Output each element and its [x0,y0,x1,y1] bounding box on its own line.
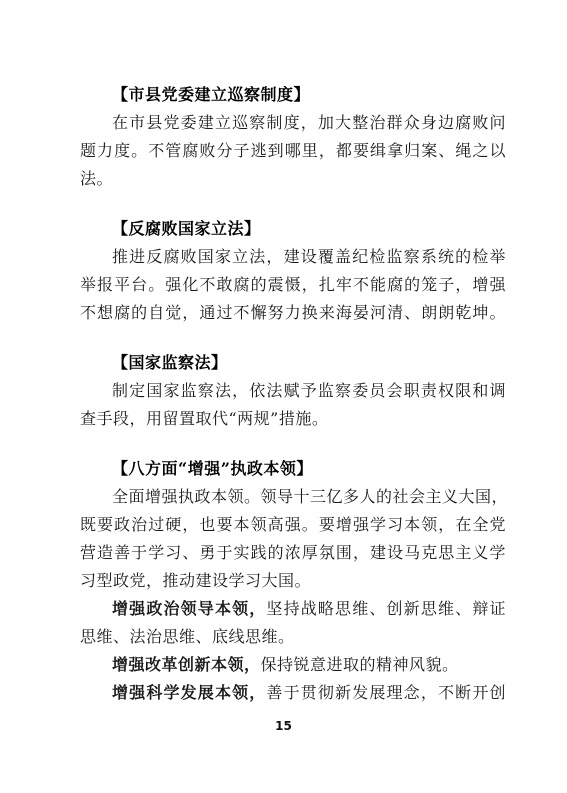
line-text: 思维、法治思维、底线思维。 [80,627,295,646]
section-heading: 【反腐败国家立法】 [80,215,506,243]
page-number: 15 [0,719,567,733]
section: 【市县党委建立巡察制度】在市县党委建立巡察制度，加大整治群众身边腐败问题力度。不… [80,81,506,193]
text-line: 在市县党委建立巡察制度，加大整治群众身边腐败问 [80,109,506,137]
text-line: 不想腐的自觉，通过不懈努力换来海晏河清、朗朗乾坤。 [80,299,506,327]
paragraph: 制定国家监察法，依法赋予监察委员会职责权限和调查手段，用留置取代“两规”措施。 [80,377,506,433]
line-text: 善于贯彻新发展理念，不断开创 [266,683,506,702]
bold-lead-text: 增强科学发展本领， [112,683,266,702]
section-heading: 【八方面“增强”执政本领】 [80,455,506,483]
text-line: 举报平台。强化不敢腐的震慑，扎牢不能腐的笼子，增强 [80,271,506,299]
paragraph: 全面增强执政本领。领导十三亿多人的社会主义大国，既要政治过硬，也要本领高强。要增… [80,483,506,595]
document-sections: 【市县党委建立巡察制度】在市县党委建立巡察制度，加大整治群众身边腐败问题力度。不… [80,81,506,707]
section-heading: 【市县党委建立巡察制度】 [80,81,506,109]
text-line: 查手段，用留置取代“两规”措施。 [80,405,506,433]
line-text: 习型政党，推动建设学习大国。 [80,571,311,590]
text-line: 推进反腐败国家立法，建设覆盖纪检监察系统的检举 [80,243,506,271]
paragraph: 增强改革创新本领，保持锐意进取的精神风貌。 [80,651,506,679]
text-line: 习型政党，推动建设学习大国。 [80,567,506,595]
text-line: 全面增强执政本领。领导十三亿多人的社会主义大国， [80,483,506,511]
line-text: 全面增强执政本领。领导十三亿多人的社会主义大国， [112,487,508,506]
line-text: 法。 [80,169,113,188]
text-line: 营造善于学习、勇于实践的浓厚氛围，建设马克思主义学 [80,539,506,567]
section: 【国家监察法】制定国家监察法，依法赋予监察委员会职责权限和调查手段，用留置取代“… [80,349,506,433]
line-text: 推进反腐败国家立法，建设覆盖纪检监察系统的检举 [112,247,506,266]
text-line: 增强政治领导本领，坚持战略思维、创新思维、辩证 [80,595,506,623]
paragraph: 推进反腐败国家立法，建设覆盖纪检监察系统的检举举报平台。强化不敢腐的震慑，扎牢不… [80,243,506,327]
line-text: 营造善于学习、勇于实践的浓厚氛围，建设马克思主义学 [80,543,506,562]
line-text: 查手段，用留置取代“两规”措施。 [80,409,328,428]
text-line: 题力度。不管腐败分子逃到哪里，都要缉拿归案、绳之以 [80,137,506,165]
line-text: 坚持战略思维、创新思维、辩证 [266,599,506,618]
line-text: 题力度。不管腐败分子逃到哪里，都要缉拿归案、绳之以 [80,141,506,160]
text-line: 增强科学发展本领，善于贯彻新发展理念，不断开创 [80,679,506,707]
bold-lead-text: 增强改革创新本领， [112,655,261,674]
text-line: 法。 [80,165,506,193]
bold-lead-text: 增强政治领导本领， [112,599,266,618]
line-text: 制定国家监察法，依法赋予监察委员会职责权限和调 [112,381,506,400]
text-line: 制定国家监察法，依法赋予监察委员会职责权限和调 [80,377,506,405]
text-line: 既要政治过硬，也要本领高强。要增强学习本领，在全党 [80,511,506,539]
text-line: 思维、法治思维、底线思维。 [80,623,506,651]
document-page: 【市县党委建立巡察制度】在市县党委建立巡察制度，加大整治群众身边腐败问题力度。不… [0,0,567,793]
section-heading: 【国家监察法】 [80,349,506,377]
paragraph: 在市县党委建立巡察制度，加大整治群众身边腐败问题力度。不管腐败分子逃到哪里，都要… [80,109,506,193]
line-text: 保持锐意进取的精神风貌。 [261,655,459,674]
line-text: 不想腐的自觉，通过不懈努力换来海晏河清、朗朗乾坤。 [80,303,506,322]
line-text: 在市县党委建立巡察制度，加大整治群众身边腐败问 [112,113,506,132]
paragraph: 增强政治领导本领，坚持战略思维、创新思维、辩证思维、法治思维、底线思维。 [80,595,506,651]
section: 【反腐败国家立法】推进反腐败国家立法，建设覆盖纪检监察系统的检举举报平台。强化不… [80,215,506,327]
line-text: 举报平台。强化不敢腐的震慑，扎牢不能腐的笼子，增强 [80,275,506,294]
paragraph: 增强科学发展本领，善于贯彻新发展理念，不断开创 [80,679,506,707]
section: 【八方面“增强”执政本领】全面增强执政本领。领导十三亿多人的社会主义大国，既要政… [80,455,506,707]
text-line: 增强改革创新本领，保持锐意进取的精神风貌。 [80,651,506,679]
line-text: 既要政治过硬，也要本领高强。要增强学习本领，在全党 [80,515,506,534]
